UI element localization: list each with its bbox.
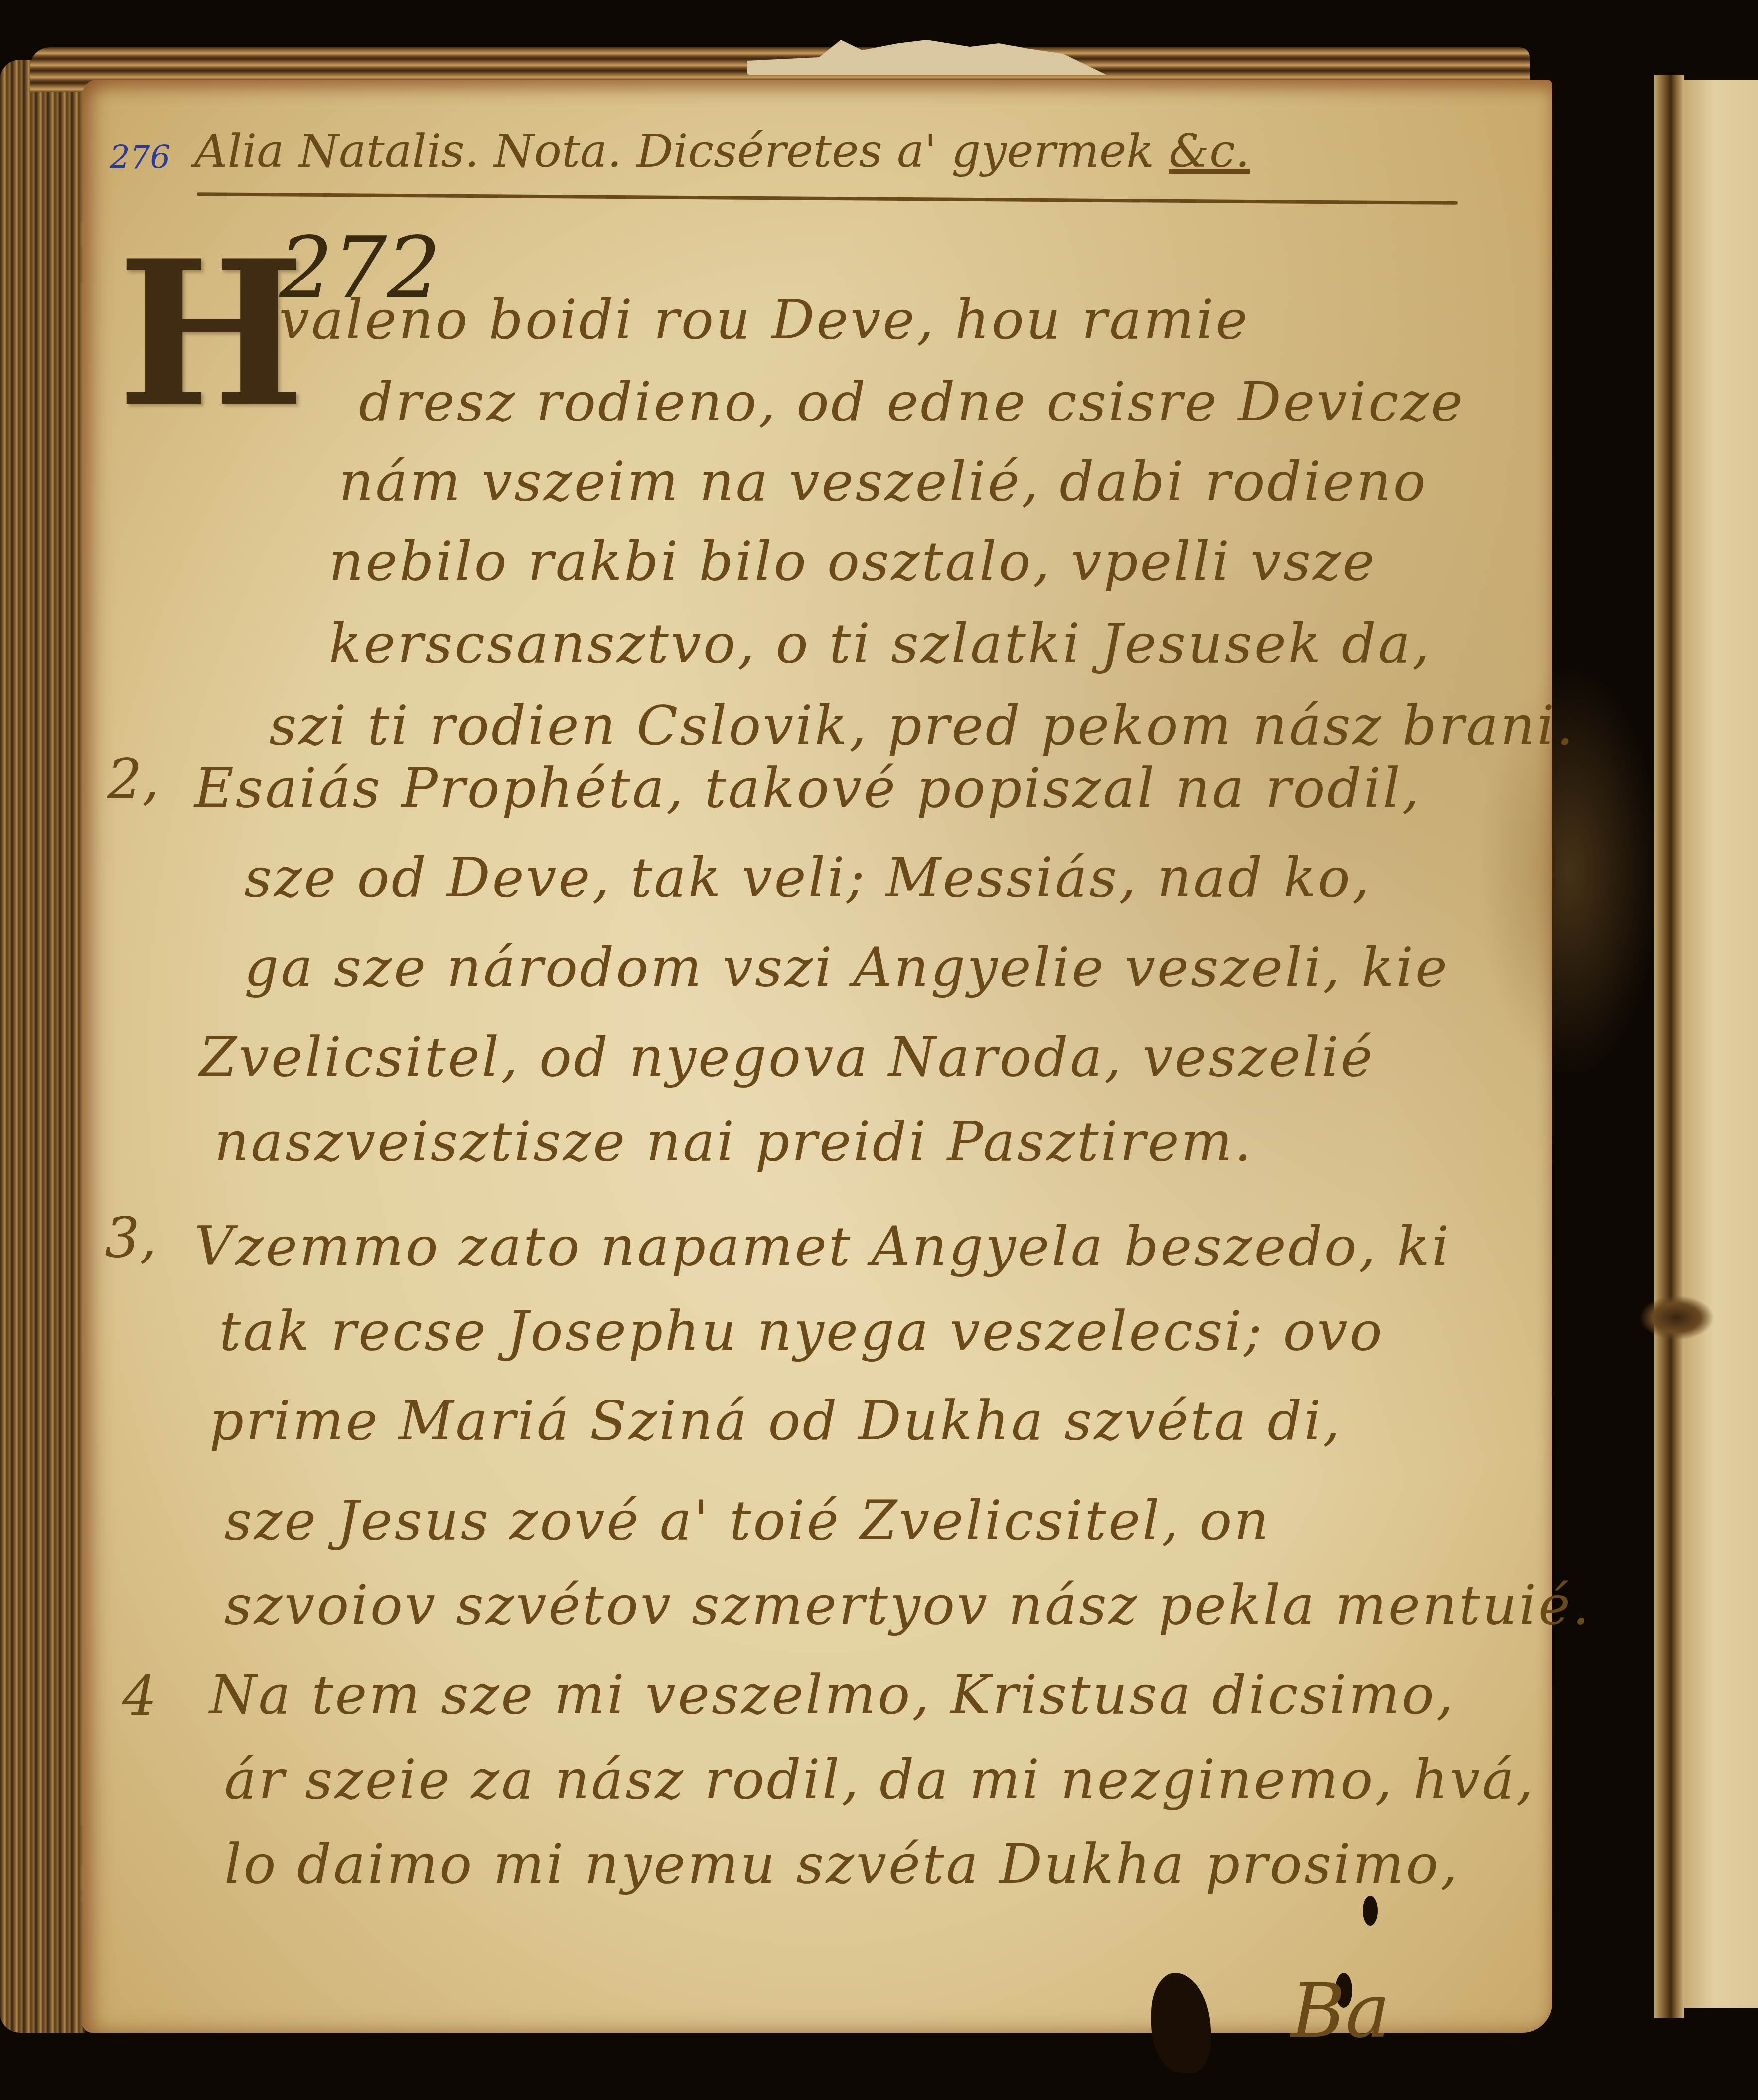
stanza-line: nebilo rakbi bilo osztalo, vpelli vsze (329, 531, 1377, 593)
page-damage-hole-small (1363, 1896, 1378, 1926)
hymn-title: Alia Natalis. Nota. Dicséretes a' gyerme… (194, 125, 1540, 178)
hymn-title-main: Alia Natalis. Nota. Dicsérete (194, 125, 859, 178)
hymn-title-tail: s a' gyermek (859, 125, 1155, 178)
binding-stain (1639, 1295, 1714, 1340)
stanza-line: szi ti rodien Cslovik, pred pekom nász b… (269, 695, 1575, 757)
verse-number: 2, (107, 747, 159, 811)
stanza-line: sze od Deve, tak veli; Messiás, nad ko, (244, 847, 1371, 909)
decorated-initial: H (117, 234, 305, 433)
stanza-line: ga sze národom vszi Angyelie veszeli, ki… (244, 937, 1449, 999)
stanza-line: naszveisztisze nai preidi Pasztirem. (214, 1111, 1253, 1173)
facing-page (1684, 80, 1758, 2008)
catchword: Ba (1291, 1968, 1390, 2055)
verse-number: 3, (105, 1206, 157, 1269)
stanza-line: ár szeie za nász rodil, da mi nezginemo,… (224, 1749, 1535, 1811)
folio-number: 276 (110, 140, 170, 176)
stanza-line: dresz rodieno, od edne csisre Devicze (359, 371, 1465, 433)
stanza-line: tak recse Josephu nyega veszelecsi; ovo (219, 1300, 1384, 1363)
stanza-line: Vzemmo zato napamet Angyela beszedo, ki (194, 1216, 1451, 1278)
hymn-title-etc: &c. (1169, 125, 1250, 178)
stanza-line: szvoiov szvétov szmertyov nász pekla men… (224, 1574, 1591, 1637)
stanza-line: prime Mariá Sziná od Dukha szvéta di, (209, 1390, 1342, 1452)
book-page-edges (0, 60, 85, 2033)
stanza-line: lo daimo mi nyemu szvéta Dukha prosimo, (224, 1833, 1460, 1896)
stanza-line: Na tem sze mi veszelmo, Kristusa dicsimo… (209, 1664, 1455, 1726)
stanza-line: nám vszeim na veszelié, dabi rodieno (339, 451, 1428, 513)
stanza-line: sze Jesus zové a' toié Zvelicsitel, on (224, 1490, 1271, 1552)
stanza-line: valeno boidi rou Deve, hou ramie (279, 289, 1249, 351)
stanza-line: Zvelicsitel, od nyegova Naroda, veszelié (199, 1026, 1375, 1089)
stanza-line: Esaiás Prophéta, takové popiszal na rodi… (194, 757, 1421, 820)
stanza-line: kerscsansztvo, o ti szlatki Jesusek da, (329, 613, 1431, 675)
book-gutter (1654, 75, 1684, 2018)
verse-number: 4 (122, 1664, 157, 1728)
